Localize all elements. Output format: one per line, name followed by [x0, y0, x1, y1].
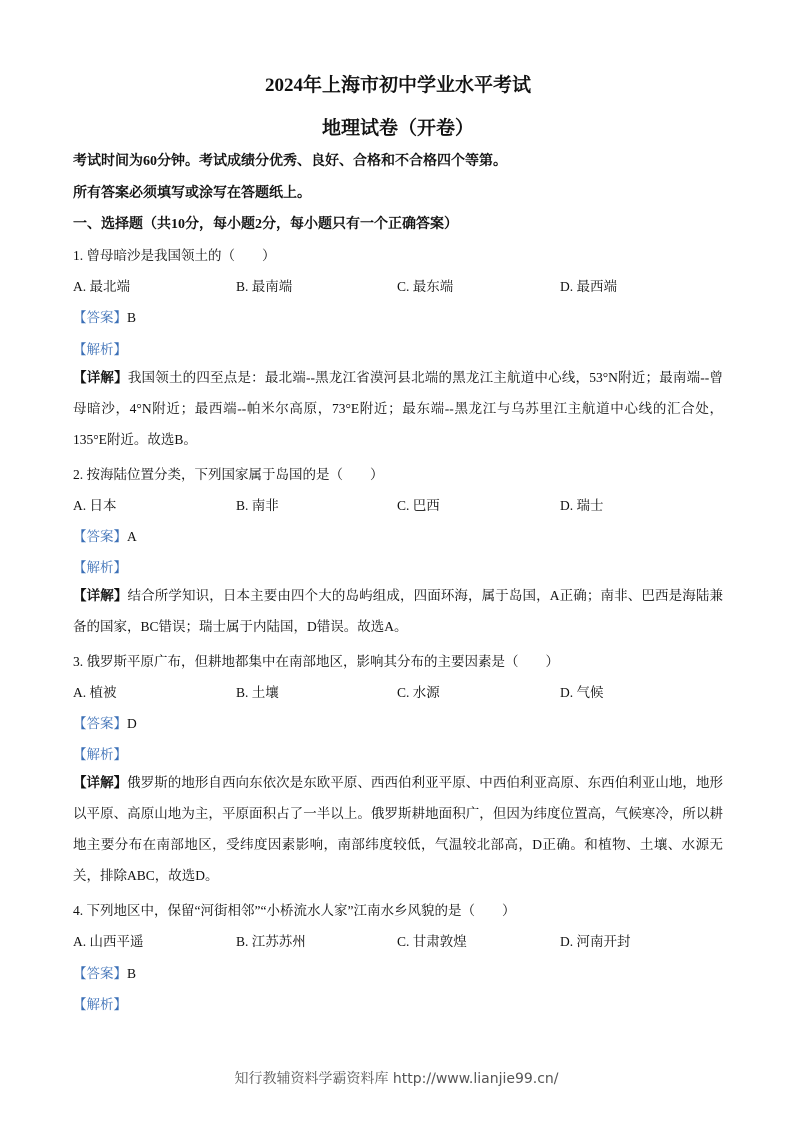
detail-label: 【详解】: [73, 775, 127, 790]
detail-text: 【详解】俄罗斯的地形自西向东依次是东欧平原、西西伯利亚平原、中西伯利亚高原、东西…: [73, 767, 723, 891]
detail-body: 我国领土的四至点是：最北端--黑龙江省漠河县北端的黑龙江主航道中心线，53°N附…: [73, 370, 723, 447]
answer-value: B: [127, 966, 136, 981]
detail-body: 俄罗斯的地形自西向东依次是东欧平原、西西伯利亚平原、中西伯利亚高原、东西伯利亚山…: [73, 775, 723, 883]
instruction-line: 考试时间为60分钟。考试成绩分优秀、良好、合格和不合格四个等第。: [73, 150, 507, 170]
question-stem: 1. 曾母暗沙是我国领土的（ ）: [73, 244, 276, 264]
option-b: B. 江苏苏州: [236, 930, 306, 950]
answer-value: A: [127, 529, 137, 544]
detail-text: 【详解】我国领土的四至点是：最北端--黑龙江省漠河县北端的黑龙江主航道中心线，5…: [73, 362, 723, 455]
option-a: A. 山西平遥: [73, 930, 144, 950]
option-b: B. 土壤: [236, 681, 279, 701]
answer-label: 【答案】: [73, 310, 127, 325]
analysis-label: 【解析】: [73, 743, 127, 763]
section-heading: 一、选择题（共10分，每小题2分，每小题只有一个正确答案）: [73, 213, 458, 233]
exam-subtitle: 地理试卷（开卷）: [73, 113, 723, 140]
exam-title: 2024年上海市初中学业水平考试: [73, 70, 723, 97]
option-c: C. 最东端: [397, 275, 453, 295]
option-b: B. 最南端: [236, 275, 292, 295]
detail-body: 结合所学知识，日本主要由四个大的岛屿组成，四面环海，属于岛国，A正确；南非、巴西…: [73, 588, 723, 634]
option-c: C. 水源: [397, 681, 440, 701]
option-c: C. 巴西: [397, 494, 440, 514]
answer-row: 【答案】D: [73, 712, 137, 732]
option-d: D. 最西端: [560, 275, 617, 295]
analysis-label: 【解析】: [73, 338, 127, 358]
option-a: A. 最北端: [73, 275, 130, 295]
option-d: D. 瑞士: [560, 494, 604, 514]
option-a: A. 植被: [73, 681, 117, 701]
answer-row: 【答案】A: [73, 525, 137, 545]
option-d: D. 河南开封: [560, 930, 631, 950]
detail-label: 【详解】: [73, 370, 128, 385]
answer-row: 【答案】B: [73, 306, 136, 326]
option-c: C. 甘肃敦煌: [397, 930, 467, 950]
answer-label: 【答案】: [73, 716, 127, 731]
analysis-label: 【解析】: [73, 993, 127, 1013]
analysis-label: 【解析】: [73, 556, 127, 576]
answer-value: B: [127, 310, 136, 325]
answer-value: D: [127, 716, 137, 731]
answer-row: 【答案】B: [73, 962, 136, 982]
option-b: B. 南非: [236, 494, 279, 514]
option-d: D. 气候: [560, 681, 604, 701]
footer-watermark: 知行教辅资料学霸资料库 http://www.lianjie99.cn/: [0, 1068, 793, 1088]
detail-label: 【详解】: [73, 588, 128, 603]
detail-text: 【详解】结合所学知识，日本主要由四个大的岛屿组成，四面环海，属于岛国，A正确；南…: [73, 580, 723, 642]
question-stem: 3. 俄罗斯平原广布，但耕地都集中在南部地区，影响其分布的主要因素是（ ）: [73, 650, 559, 670]
answer-label: 【答案】: [73, 529, 127, 544]
question-stem: 4. 下列地区中，保留“河街相邻”“小桥流水人家”江南水乡风貌的是（ ）: [73, 899, 515, 919]
question-stem: 2. 按海陆位置分类，下列国家属于岛国的是（ ）: [73, 463, 384, 483]
option-a: A. 日本: [73, 494, 117, 514]
answer-label: 【答案】: [73, 966, 127, 981]
instruction-line: 所有答案必须填写或涂写在答题纸上。: [73, 182, 311, 202]
